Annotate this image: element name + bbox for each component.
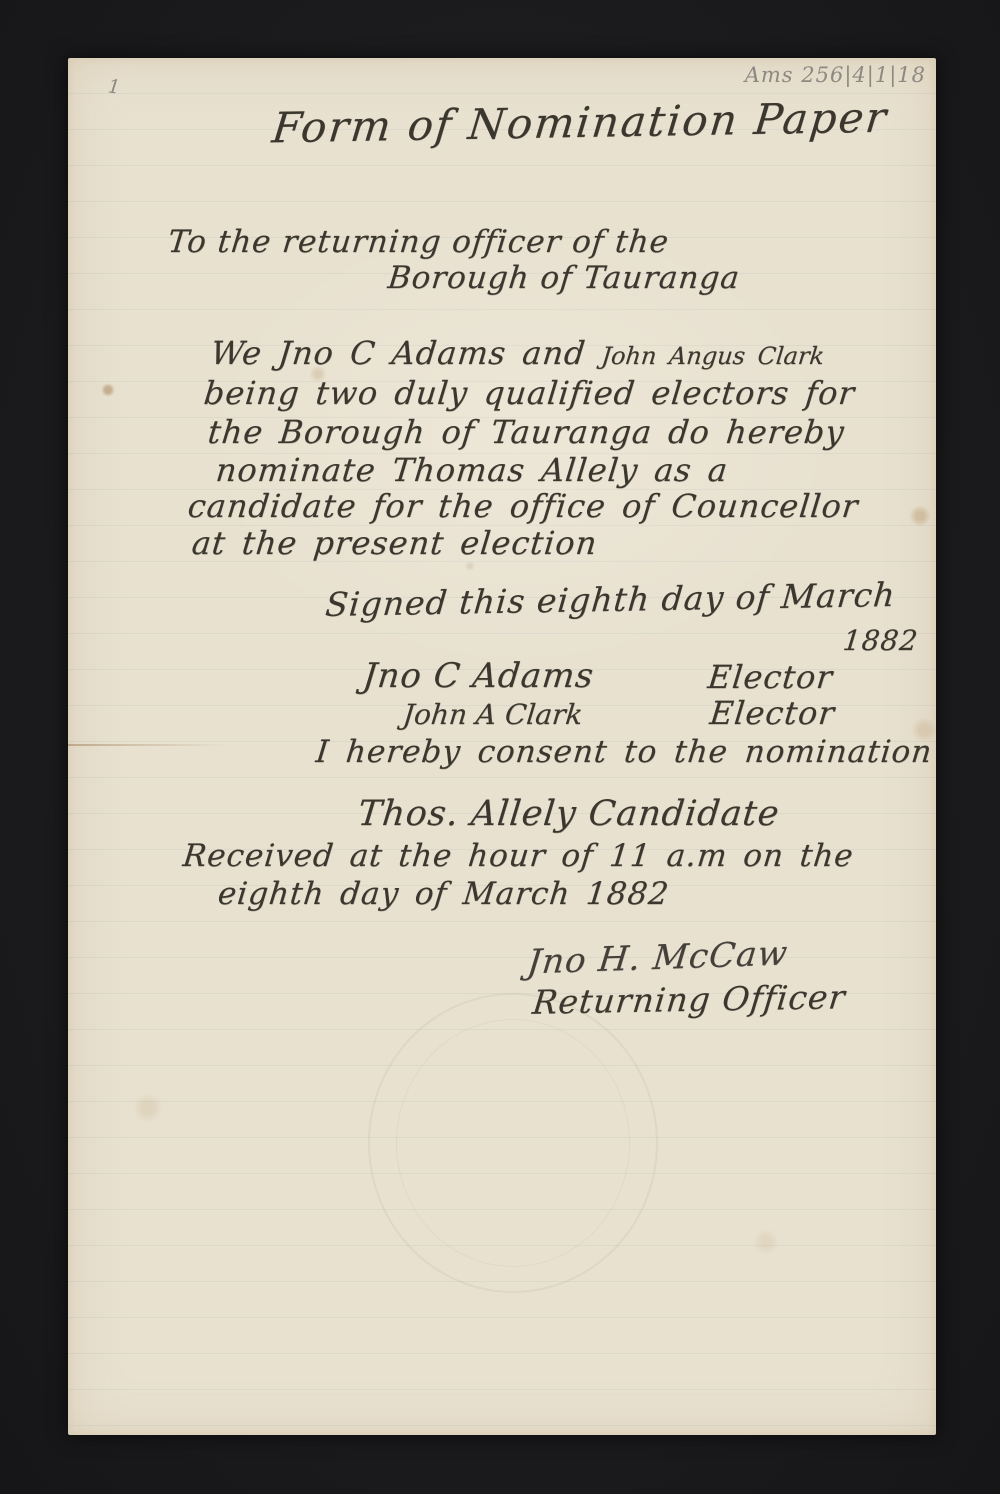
elector-signature-2: John A Clark	[401, 698, 584, 731]
fold-crease	[68, 744, 228, 746]
signed-date-line: Signed this eighth day of March	[324, 575, 898, 624]
body-line-2: being two duly qualified electors for	[202, 374, 857, 412]
scan-background: { "archive": { "page_marker": "1", "refe…	[0, 0, 1000, 1494]
body-line-1: We Jno C Adams and John Angus Clark	[209, 334, 826, 372]
received-line-2: eighth day of March 1882	[216, 876, 671, 912]
body-line-5: candidate for the office of Councellor	[186, 487, 860, 525]
signed-year: 1882	[841, 624, 920, 657]
document-title: Form of Nomination Paper	[270, 93, 891, 153]
body-line-6: at the present election	[190, 524, 599, 562]
consent-line: I hereby consent to the nomination	[314, 734, 934, 770]
body-line-1-main: We Jno C Adams and	[209, 334, 588, 372]
elector-signature-1: Jno C Adams	[361, 656, 596, 696]
elector-role-1: Elector	[706, 658, 835, 696]
embossed-seal	[368, 993, 658, 1293]
embossed-seal-inner-ring	[396, 1019, 630, 1267]
address-line-1: To the returning officer of the	[166, 224, 671, 260]
paper-sheet: 1 Ams 256|4|1|18 Form of Nomination Pape…	[68, 58, 936, 1435]
archival-reference: Ams 256|4|1|18	[745, 63, 926, 87]
candidate-signature-line: Thos. Allely Candidate	[356, 794, 782, 834]
body-line-3: the Borough of Tauranga do hereby	[206, 413, 847, 451]
received-line-1: Received at the hour of 11 a.m on the	[181, 838, 855, 874]
elector-role-2: Elector	[708, 694, 837, 732]
body-line-4: nominate Thomas Allely as a	[214, 451, 730, 489]
address-line-2: Borough of Tauranga	[386, 260, 742, 296]
returning-officer-signature: Jno H. McCaw	[525, 933, 790, 982]
page-marker: 1	[107, 75, 121, 98]
body-line-1-inserted-names: John Angus Clark	[600, 342, 825, 370]
